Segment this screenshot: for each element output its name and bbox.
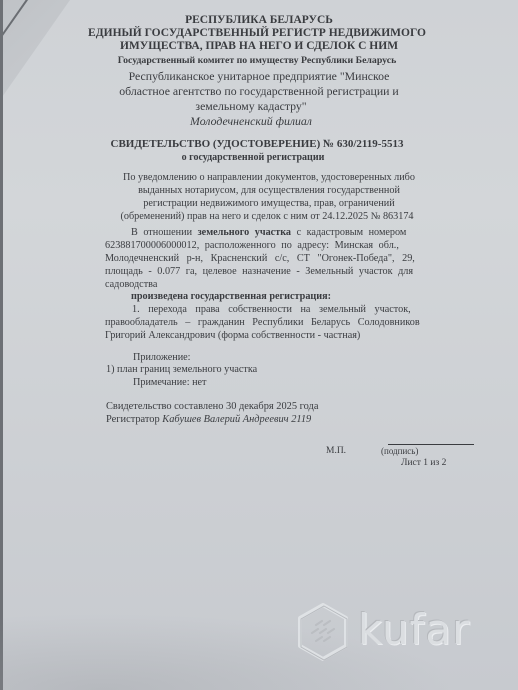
header-agency-line2: областное агентство по государственной р…: [0, 84, 518, 99]
basis-line2: выданных нотариусом, для осуществления г…: [10, 185, 518, 196]
header-agency-line1: Республиканское унитарное предприятие "М…: [0, 69, 518, 84]
certificate-subtitle: о государственной регистрации: [0, 152, 512, 163]
object-type: земельного участка: [198, 227, 291, 238]
kufar-logo-icon: [296, 603, 350, 661]
header-branch: Молодечненский филиал: [0, 114, 510, 129]
object-line5: садоводства: [105, 279, 157, 290]
header-committee: Государственный комитет по имуществу Рес…: [0, 55, 516, 66]
registration-line2: правообладатель – гражданин Республики Б…: [105, 317, 420, 328]
kufar-wordmark: kufar: [358, 605, 470, 654]
stamp-placeholder: М.П.: [326, 446, 346, 456]
header-country: РЕСПУБЛИКА БЕЛАРУСЬ: [0, 14, 518, 26]
object-line4: площадь - 0.077 га, целевое назначение -…: [105, 266, 413, 277]
appendix-label: Приложение:: [133, 352, 191, 363]
basis-line4: (обременений) прав на него и сделок с ни…: [8, 211, 518, 222]
basis-line3: регистрации недвижимого имущества, прав,…: [10, 198, 518, 209]
object-line2: 623881700006000012, расположенного по ад…: [105, 240, 399, 251]
signature-label: (подпись): [381, 446, 418, 456]
registrar-line: Регистратор Кабушев Валерий Андреевич 21…: [106, 414, 311, 425]
kufar-watermark: kufar: [296, 603, 496, 663]
registration-heading: произведена государственная регистрация:: [131, 291, 331, 302]
header-agency-line3: земельному кадастру": [0, 99, 510, 114]
basis-line1: По уведомлению о направлении документов,…: [10, 172, 518, 183]
registration-line1: 1. перехода права собственности на земел…: [132, 304, 411, 315]
issued-date: Свидетельство составлено 30 декабря 2025…: [106, 401, 318, 412]
appendix-item: 1) план границ земельного участка: [106, 364, 257, 375]
sheet-number: Лист 1 из 2: [401, 458, 446, 468]
registrar-name: Кабушев Валерий Андреевич 2119: [162, 414, 311, 425]
certificate-title: СВИДЕТЕЛЬСТВО (УДОСТОВЕРЕНИЕ) № 630/2119…: [0, 138, 516, 150]
object-line1: В отношении земельного участка с кадастр…: [131, 227, 406, 238]
object-line3: Молодечненский р-н, Красненский с/с, СТ …: [105, 253, 415, 264]
signature-line: [388, 444, 474, 445]
header-registry-line1: ЕДИНЫЙ ГОСУДАРСТВЕННЫЙ РЕГИСТР НЕДВИЖИМО…: [0, 27, 516, 39]
registration-line3: Григорий Александрович (форма собственно…: [105, 330, 360, 341]
appendix-note: Примечание: нет: [133, 377, 207, 388]
header-registry-line2: ИМУЩЕСТВА, ПРАВ НА НЕГО И СДЕЛОК С НИМ: [0, 40, 518, 52]
